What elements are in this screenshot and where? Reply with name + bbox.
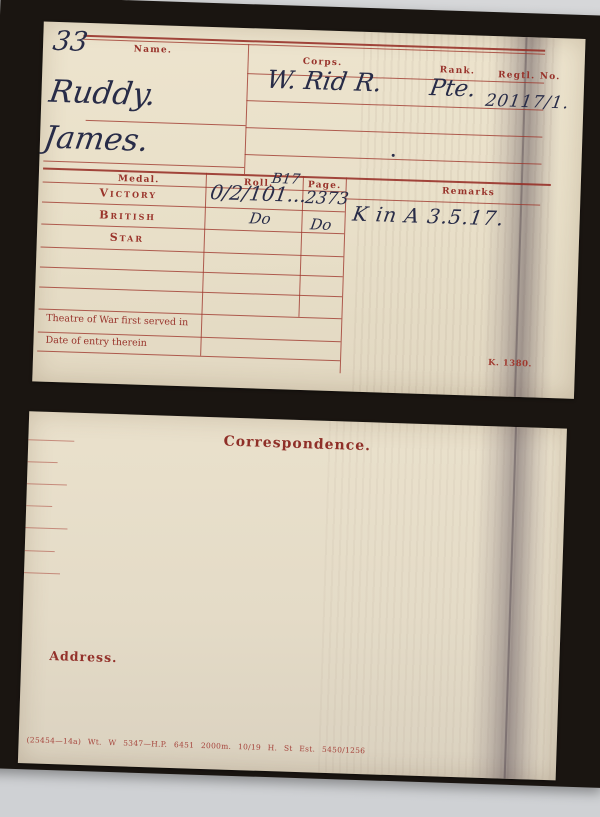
scan-streaks (318, 421, 567, 780)
faded-rule-tick (28, 461, 58, 463)
form-reference-number: K. 1380. (488, 358, 532, 369)
medal-index-card-front: Name. Corps. Rank. Regtl. No. Medal. Rol… (32, 22, 585, 399)
ruled-line (40, 267, 343, 278)
column-divider (200, 173, 207, 356)
remarks-value-handwritten: K in A 3.5.17. (351, 202, 506, 231)
corner-number-handwritten: 33 (51, 26, 90, 58)
regtl-no-value-handwritten: 20117/1. (484, 91, 571, 114)
medal-index-card-back: Correspondence. Address. (25454—14a) Wt.… (18, 411, 567, 780)
ruled-line (245, 127, 542, 138)
page-victory-handwritten: 2373 (304, 188, 350, 209)
ruled-line (41, 247, 344, 258)
surname-handwritten: Ruddy. (47, 74, 159, 113)
medal-row-victory: Victory (68, 185, 188, 202)
page-british-ditto-handwritten: Do (309, 215, 333, 234)
ruled-line (43, 161, 244, 168)
faded-rule-tick (27, 483, 67, 485)
black-card-mount: Name. Corps. Rank. Regtl. No. Medal. Rol… (0, 0, 600, 788)
address-label: Address. (49, 648, 118, 665)
printer-imprint-line: (25454—14a) Wt. W 5347—H.P. 6451 2000m. … (26, 735, 365, 755)
medal-row-british: British (67, 207, 187, 224)
rank-value-handwritten: Pte. (428, 75, 478, 102)
faded-rule-tick (25, 527, 67, 529)
name-label: Name. (113, 44, 193, 57)
remarks-label: Remarks (413, 186, 523, 200)
ink-speck (392, 154, 395, 157)
correspondence-title: Correspondence. (28, 427, 566, 460)
corps-value-handwritten: W. Rid R. (265, 65, 384, 98)
ruled-line (39, 286, 342, 297)
roll-british-ditto-handwritten: Do (248, 209, 272, 228)
shadow-line (504, 427, 517, 779)
roll-victory-note-handwritten: B17 (271, 171, 302, 188)
theatre-of-war-label: Theatre of War first served in (46, 313, 188, 329)
faded-rule-tick (24, 572, 60, 574)
ruled-line (37, 350, 340, 361)
forename-handwritten: James. (41, 120, 151, 159)
faded-rule-tick (26, 505, 52, 507)
photo-of-medal-index-card: { "photo": { "card_front": { "corner_num… (0, 0, 600, 817)
faded-rule-tick (25, 550, 55, 552)
date-of-entry-label: Date of entry therein (45, 335, 147, 349)
medal-row-star: Star (67, 229, 187, 246)
